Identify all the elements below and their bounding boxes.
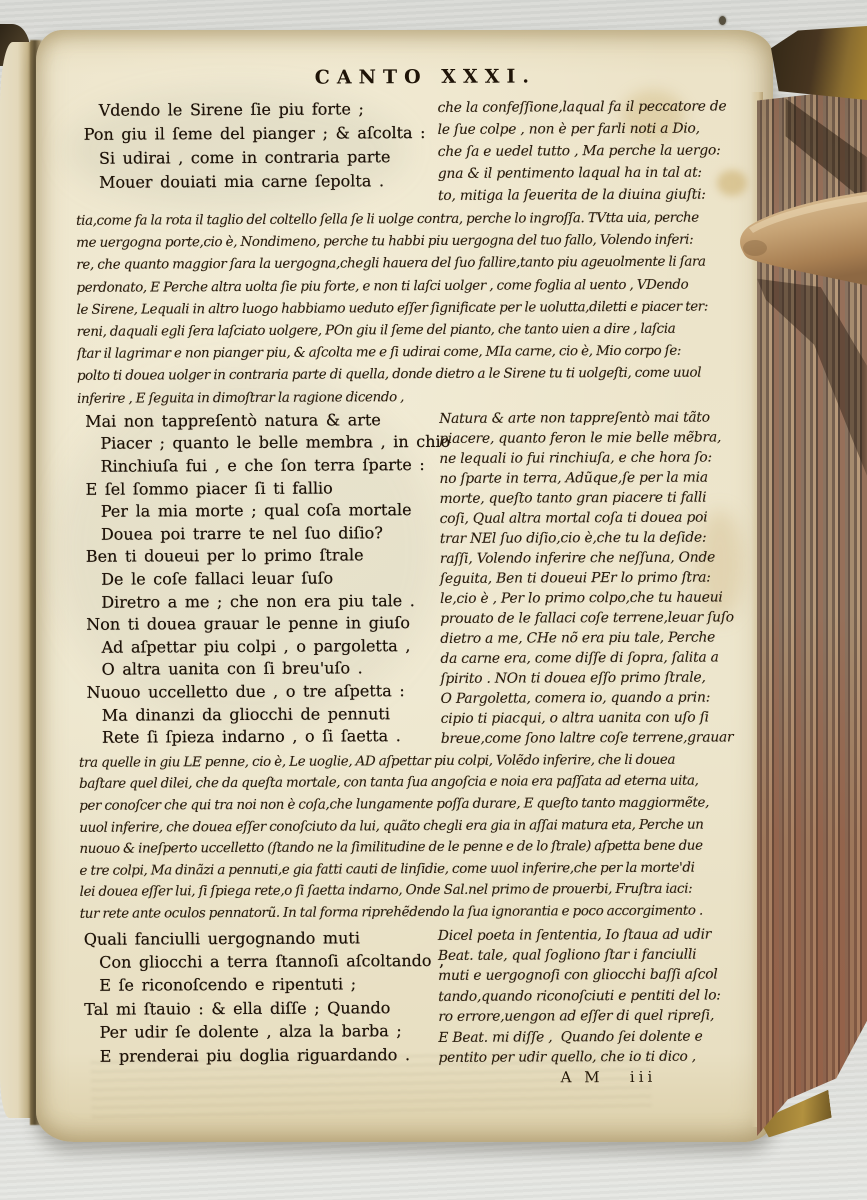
page-content: CANTO XXXI. Vdendo le Sirene ſie piu for…	[75, 64, 780, 1089]
verse-block-bottom: Quali fanciulli uergognando muti Con gli…	[80, 926, 439, 1068]
canto-heading: CANTO XXXI.	[75, 64, 775, 90]
wooden-paddle	[735, 188, 867, 292]
quire-signature: A M iii	[439, 1068, 781, 1088]
verse-block-top: Vdendo le Sirene ſie piu forte ; Pon giu…	[75, 97, 437, 195]
commentary-column-top: che la confeſſione,laqual fa il peccator…	[437, 95, 776, 207]
verse-block-middle: Mai non tappreſentò natura & arte Piacer…	[77, 409, 441, 750]
bottom-section: Quali fanciulli uergognando muti Con gli…	[80, 924, 781, 1090]
debris-speck	[719, 16, 726, 25]
wooden-paddle-shape	[735, 188, 867, 292]
bottom-right-column: Dicel poeta in ſententia, Io ſtaua ad ud…	[438, 924, 781, 1088]
photo-scene: CANTO XXXI. Vdendo le Sirene ſie piu for…	[0, 0, 867, 1200]
commentary-block-2: tra quelle in giu LE penne, cio è, Le uo…	[79, 749, 780, 925]
book-page: CANTO XXXI. Vdendo le Sirene ſie piu for…	[36, 30, 773, 1142]
facing-page-sliver	[0, 42, 32, 1118]
commentary-column-middle: Natura & arte non tappreſentò mai tãto p…	[439, 407, 779, 749]
top-section: Vdendo le Sirene ſie piu forte ; Pon giu…	[75, 95, 776, 209]
commentary-column-bottom: Dicel poeta in ſententia, Io ſtaua ad ud…	[438, 924, 781, 1069]
middle-section: Mai non tappreſentò natura & arte Piacer…	[77, 407, 779, 751]
commentary-block-1: tia,come fa la rota il taglio del coltel…	[76, 207, 777, 410]
